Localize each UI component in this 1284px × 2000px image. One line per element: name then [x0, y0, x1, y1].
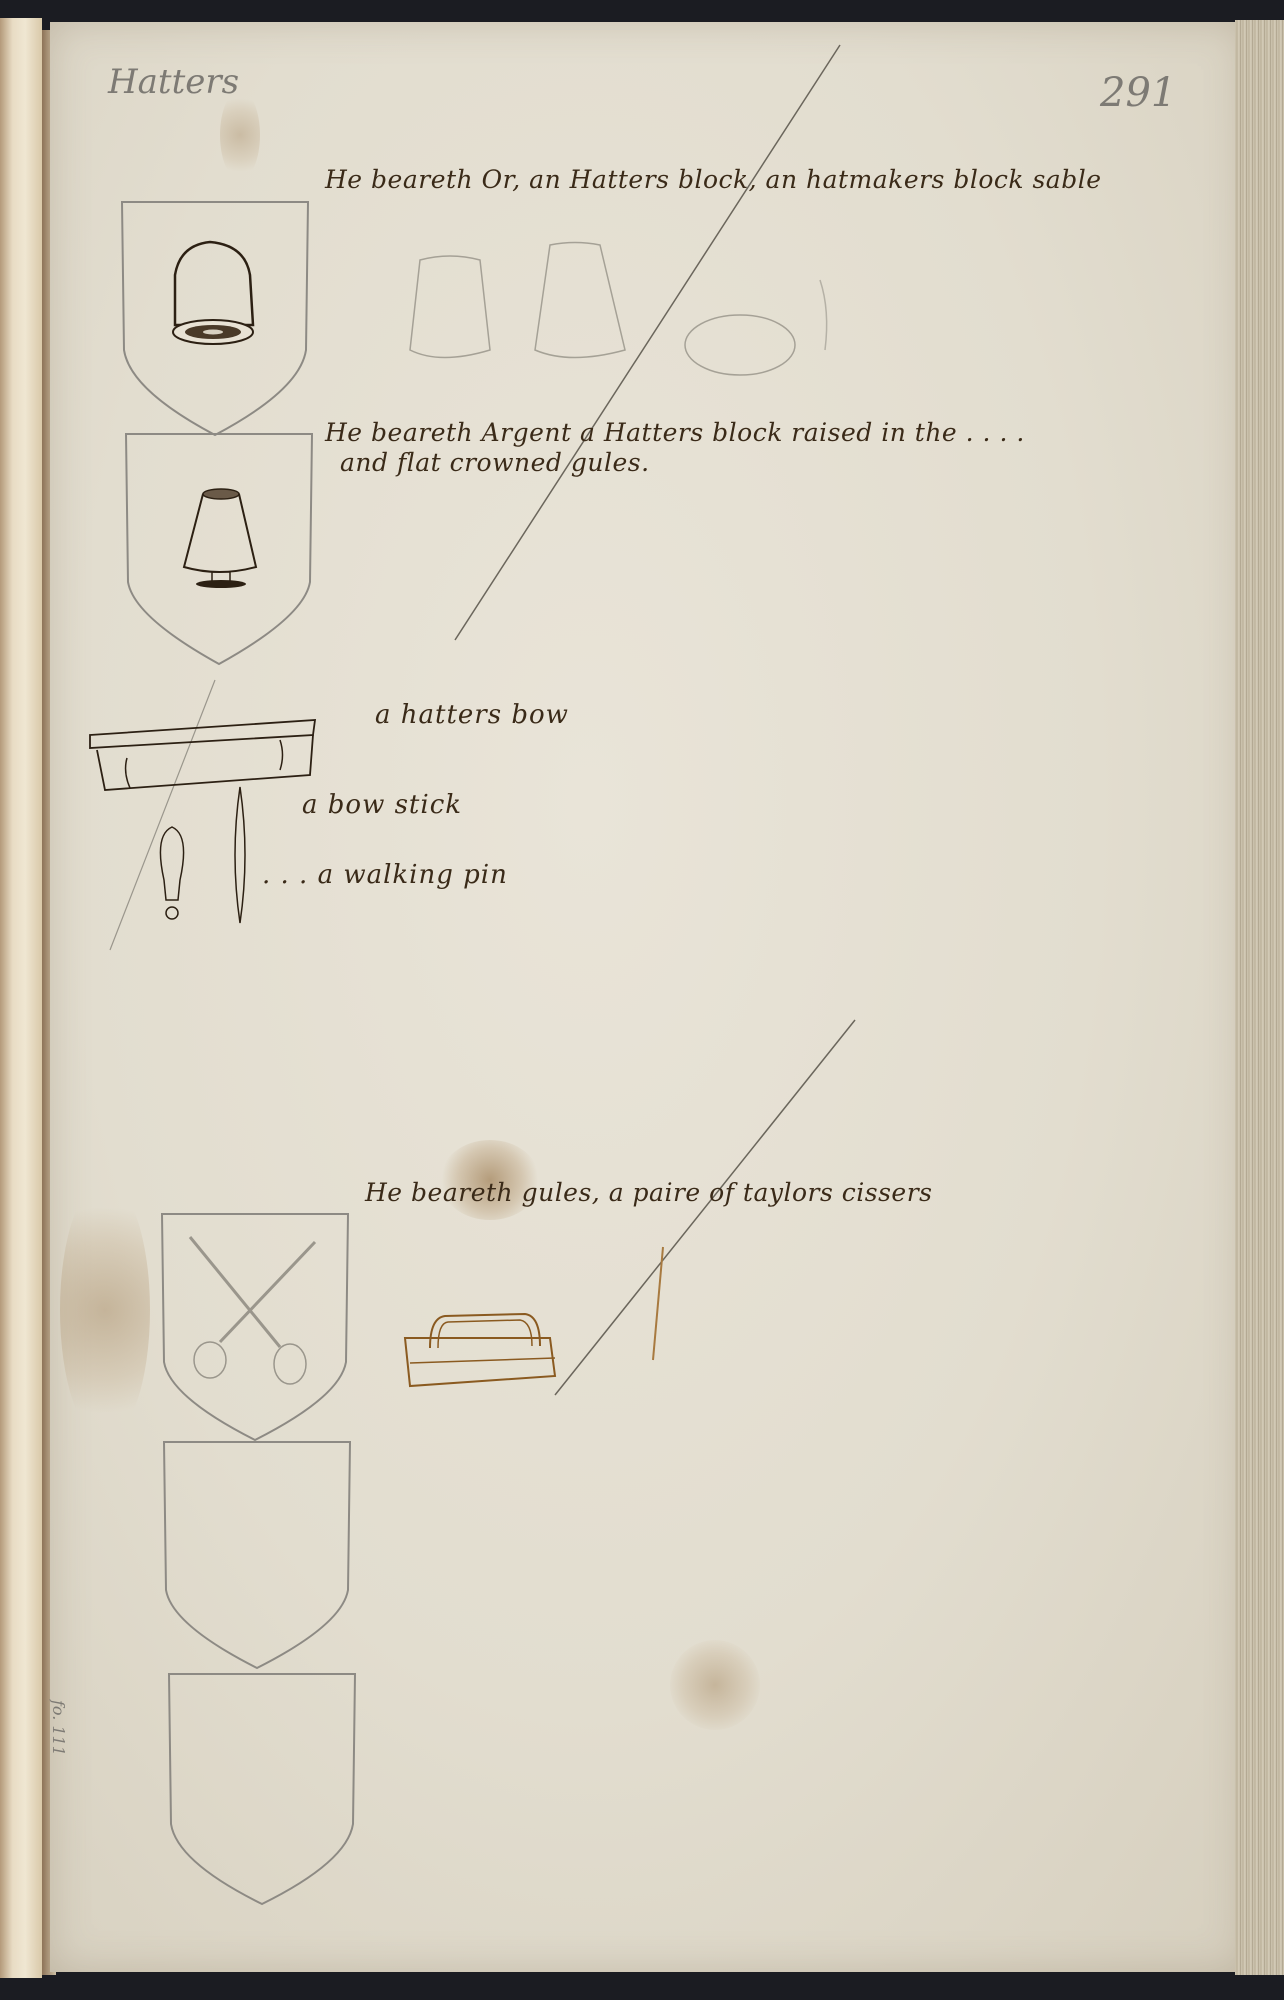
caption-walking-pin: . . . a walking pin	[262, 860, 508, 890]
pencil-sketches	[400, 240, 880, 370]
bow-stick-drawing	[225, 785, 255, 925]
caption-hatters-bow: a hatters bow	[375, 700, 569, 730]
blazon-text: and flat crowned gules.	[340, 448, 650, 477]
shield-crossed-scissors	[160, 1212, 350, 1442]
walking-pin-drawing	[152, 825, 192, 925]
brown-ink-stroke	[648, 1245, 668, 1365]
empty-shield	[167, 1672, 357, 1907]
pressing-iron-drawing	[400, 1308, 560, 1393]
blazon-text: He beareth Argent a Hatters block raised…	[325, 418, 1025, 447]
blazon-text: He beareth gules, a paire of taylors cis…	[365, 1178, 932, 1207]
hatters-bow-drawing	[85, 710, 325, 790]
shield-tapered-block	[124, 432, 314, 667]
caption-bow-stick: a bow stick	[302, 790, 462, 820]
shield-hatters-block	[120, 200, 310, 440]
blazon-text: He beareth Or, an Hatters block, an hatm…	[325, 165, 1102, 194]
empty-shield	[162, 1440, 352, 1670]
